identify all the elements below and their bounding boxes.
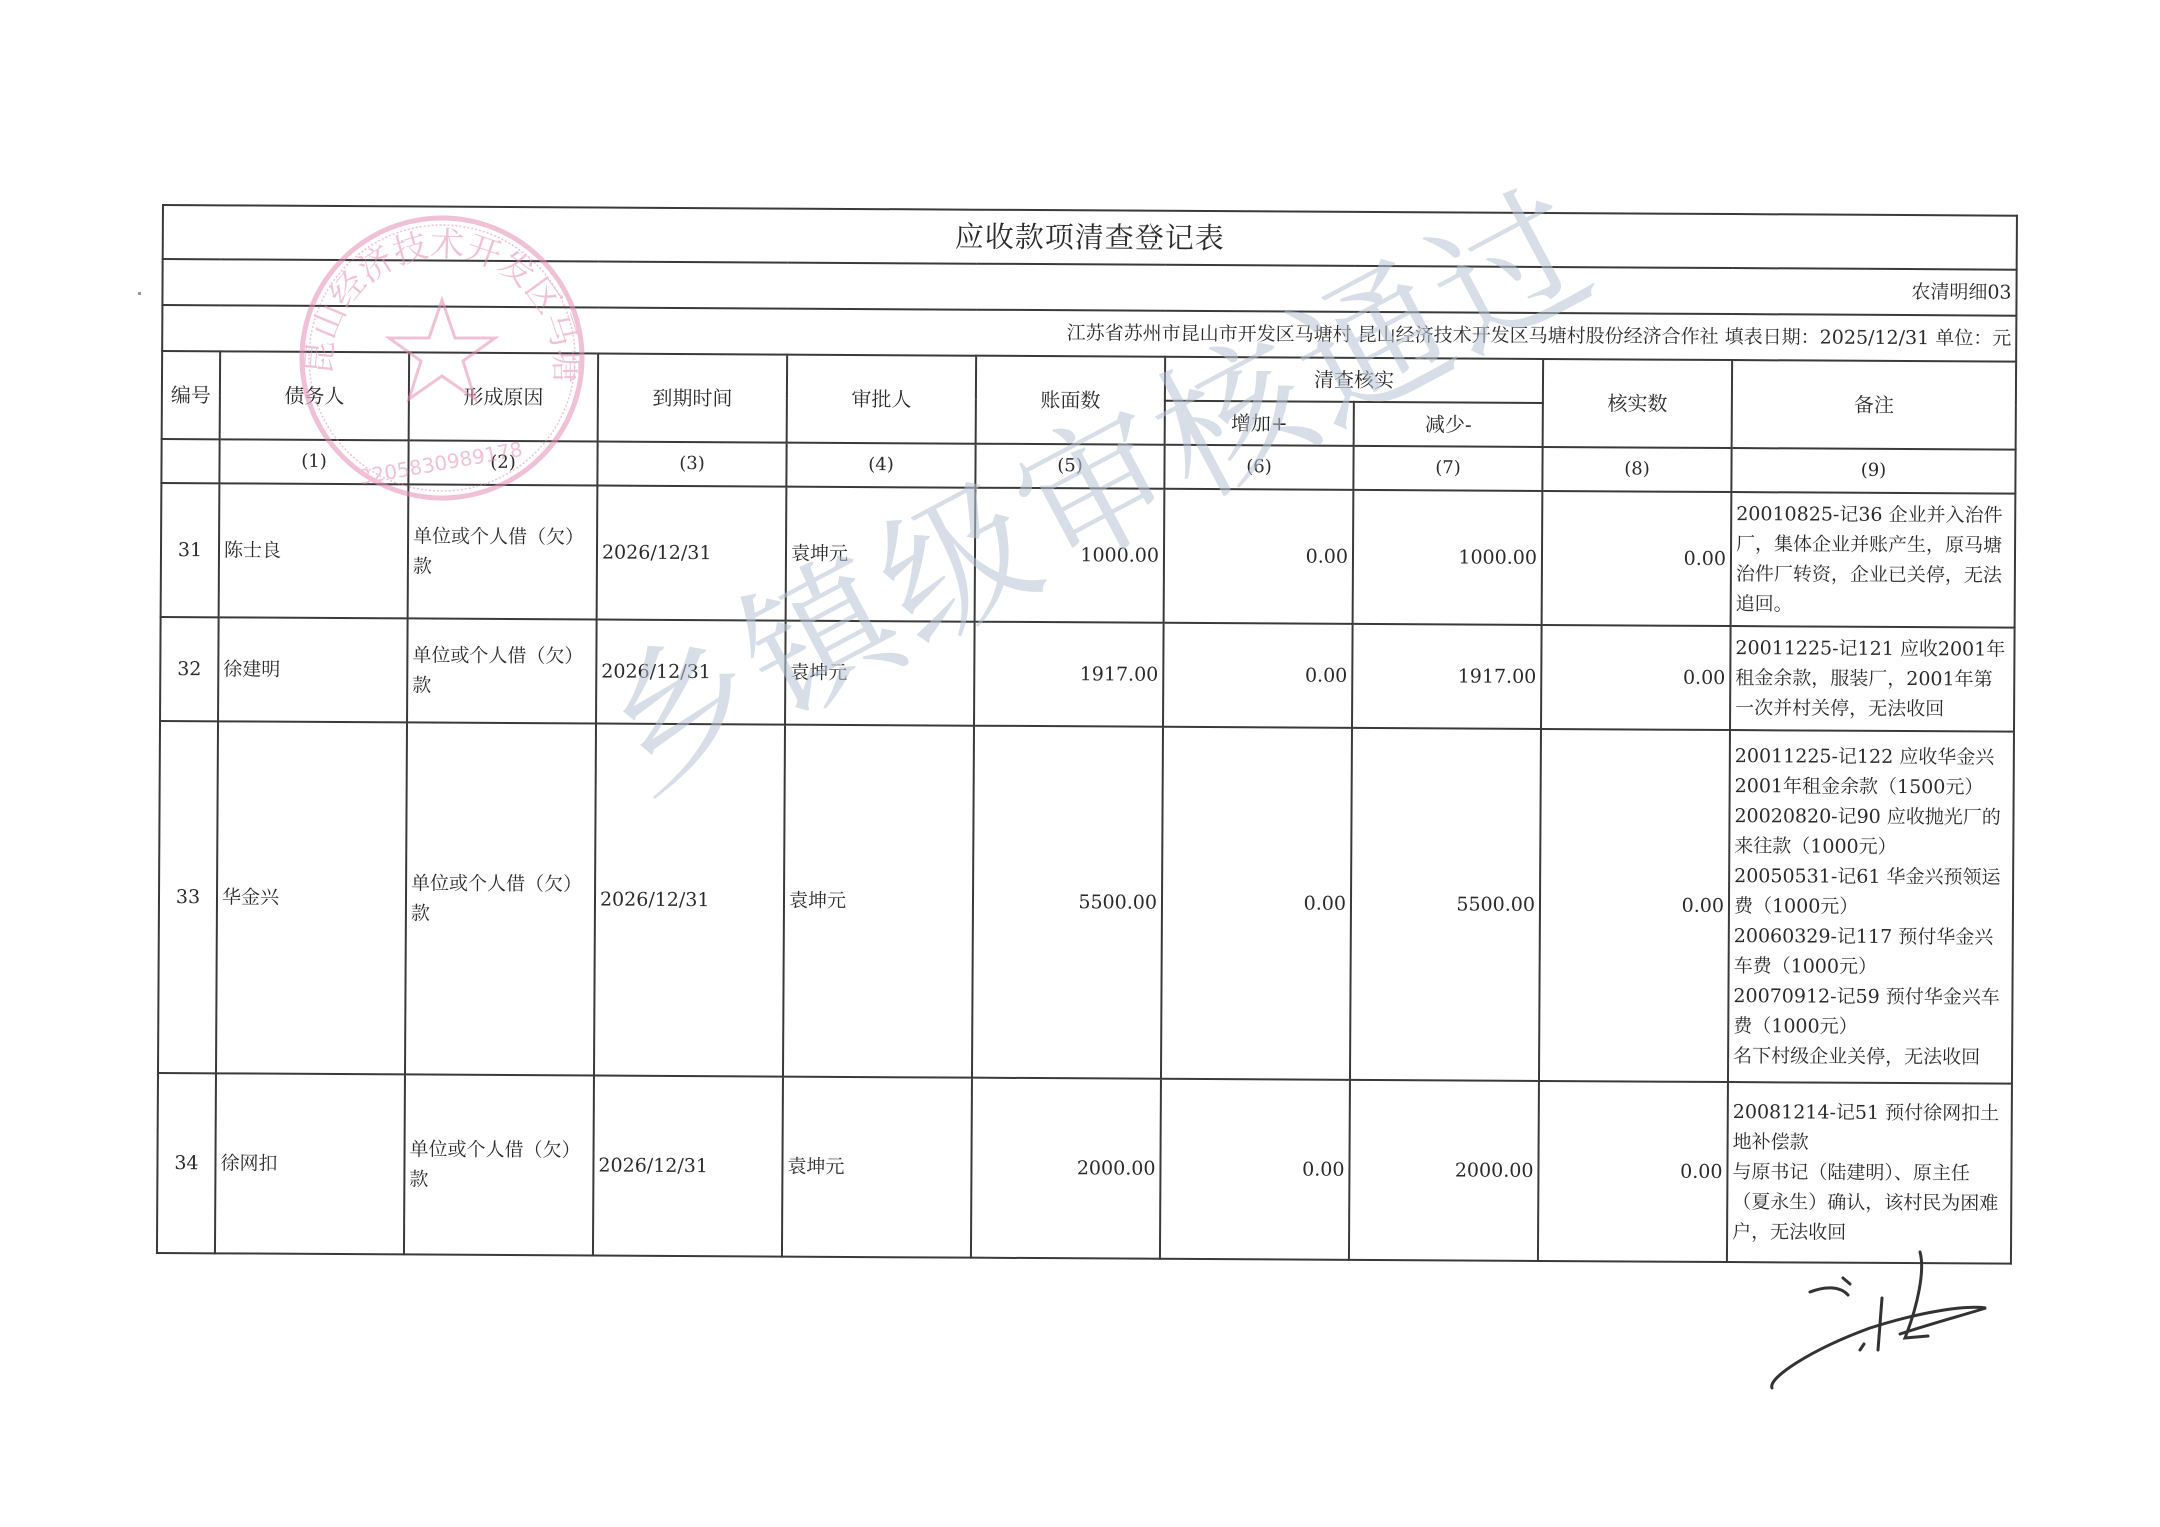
remark-line: 20011225-记121 应收2001年租金余款，服装厂，2001年第一次并村… (1735, 633, 2010, 725)
index-cell: (7) (1353, 446, 1542, 491)
index-cell: (1) (219, 439, 408, 484)
row-debtor: 陈士良 (219, 483, 409, 618)
row-remark: 20011225-记121 应收2001年租金余款，服装厂，2001年第一次并村… (1730, 626, 2015, 732)
remark-line: 名下村级企业关停，无法收回 (1733, 1041, 2007, 1073)
table-row: 32徐建明单位或个人借（欠）款2026/12/31袁坤元1917.000.001… (160, 617, 2015, 732)
row-no: 32 (160, 617, 219, 721)
row-no: 31 (161, 483, 220, 617)
row-book: 1917.00 (974, 622, 1164, 727)
remark-line: 20050531-记61 华金兴预领运费（1000元） (1734, 861, 2008, 923)
index-cell: (2) (408, 440, 597, 485)
index-cell: (3) (597, 442, 786, 487)
header-book: 账面数 (976, 356, 1166, 445)
row-verified: 0.00 (1541, 625, 1731, 730)
row-increase: 0.00 (1164, 489, 1354, 624)
row-approver: 袁坤元 (786, 487, 976, 622)
row-book: 2000.00 (971, 1078, 1161, 1259)
row-approver: 袁坤元 (783, 725, 974, 1078)
header-increase: 增加+ (1165, 401, 1354, 446)
row-remark: 20081214-记51 预付徐网扣土地补偿款与原书记（陆建明）、原主任（夏永生… (1727, 1082, 2012, 1264)
remark-line: 20060329-记117 预付华金兴车费（1000元） (1734, 921, 2008, 983)
row-verified: 0.00 (1542, 491, 1732, 626)
row-increase: 0.00 (1161, 727, 1352, 1080)
table-row: 34徐网扣单位或个人借（欠）款2026/12/31袁坤元2000.000.002… (157, 1073, 2012, 1264)
header-reason: 形成原因 (409, 352, 599, 441)
row-no: 33 (158, 721, 218, 1073)
remark-line: 与原书记（陆建明）、原主任（夏永生）确认，该村民为困难户，无法收回 (1732, 1157, 2007, 1249)
row-verified: 0.00 (1539, 729, 1730, 1082)
row-book: 1000.00 (975, 488, 1165, 623)
header-no: 编号 (162, 351, 221, 439)
row-debtor: 徐建明 (218, 617, 408, 722)
header-remark: 备注 (1732, 360, 2017, 450)
index-cell: (8) (1542, 447, 1731, 492)
row-book: 5500.00 (972, 726, 1163, 1079)
table-row: 31陈士良单位或个人借（欠）款2026/12/31袁坤元1000.000.001… (161, 483, 2016, 628)
row-approver: 袁坤元 (785, 621, 975, 726)
index-cell: (5) (975, 444, 1164, 489)
row-reason: 单位或个人借（欠）款 (408, 484, 598, 619)
header-verification-group: 清查核实 (1165, 357, 1543, 403)
remark-line: 20070912-记59 预付华金兴车费（1000元） (1733, 981, 2007, 1043)
header-debtor: 债务人 (220, 351, 410, 440)
table-body: 31陈士良单位或个人借（欠）款2026/12/31袁坤元1000.000.001… (157, 483, 2015, 1264)
row-decrease: 5500.00 (1350, 728, 1541, 1081)
header-decrease: 减少- (1354, 402, 1543, 447)
row-due: 2026/12/31 (597, 486, 787, 621)
remark-line: 20020820-记90 应收抛光厂的来往款（1000元） (1734, 801, 2008, 863)
row-remark: 20011225-记122 应收华金兴2001年租金余款（1500元）20020… (1728, 730, 2014, 1084)
receivables-table: 应收款项清查登记表 农清明细03 江苏省苏州市昆山市开发区马塘村 昆山经济技术开… (156, 204, 2018, 1265)
receivables-register-sheet: 应收款项清查登记表 农清明细03 江苏省苏州市昆山市开发区马塘村 昆山经济技术开… (156, 204, 2016, 1265)
row-debtor: 华金兴 (216, 721, 407, 1074)
header-approver: 审批人 (787, 355, 977, 444)
index-cell: (4) (786, 443, 975, 488)
row-due: 2026/12/31 (596, 620, 786, 725)
scan-speck (138, 292, 141, 295)
row-reason: 单位或个人借（欠）款 (404, 1074, 594, 1255)
index-cell: (6) (1164, 445, 1353, 490)
scanned-page: 应收款项清查登记表 农清明细03 江苏省苏州市昆山市开发区马塘村 昆山经济技术开… (0, 0, 2160, 1527)
row-decrease: 1000.00 (1353, 490, 1543, 625)
row-verified: 0.00 (1538, 1081, 1728, 1262)
row-decrease: 2000.00 (1349, 1080, 1539, 1261)
row-debtor: 徐网扣 (215, 1073, 405, 1254)
remark-line: 20011225-记122 应收华金兴2001年租金余款（1500元） (1735, 741, 2009, 803)
index-cell: (9) (1731, 448, 2015, 494)
row-remark: 20010825-记36 企业并入治件厂，集体企业并账产生，原马塘治件厂转资，企… (1731, 492, 2016, 628)
row-increase: 0.00 (1160, 1079, 1350, 1260)
remark-line: 20081214-记51 预付徐网扣土地补偿款 (1733, 1097, 2007, 1159)
row-approver: 袁坤元 (782, 1077, 972, 1258)
index-blank (161, 439, 219, 483)
header-verified: 核实数 (1543, 359, 1733, 448)
row-decrease: 1917.00 (1352, 624, 1542, 729)
remark-line: 20010825-记36 企业并入治件厂，集体企业并账产生，原马塘治件厂转资，企… (1736, 499, 2011, 621)
row-due: 2026/12/31 (593, 1076, 783, 1257)
table-row: 33华金兴单位或个人借（欠）款2026/12/31袁坤元5500.000.005… (158, 721, 2014, 1084)
header-due: 到期时间 (598, 354, 788, 443)
row-due: 2026/12/31 (594, 724, 785, 1077)
signature-icon (1750, 1250, 2010, 1400)
row-increase: 0.00 (1163, 623, 1353, 728)
row-no: 34 (157, 1073, 216, 1253)
row-reason: 单位或个人借（欠）款 (405, 722, 596, 1075)
row-reason: 单位或个人借（欠）款 (407, 618, 597, 723)
